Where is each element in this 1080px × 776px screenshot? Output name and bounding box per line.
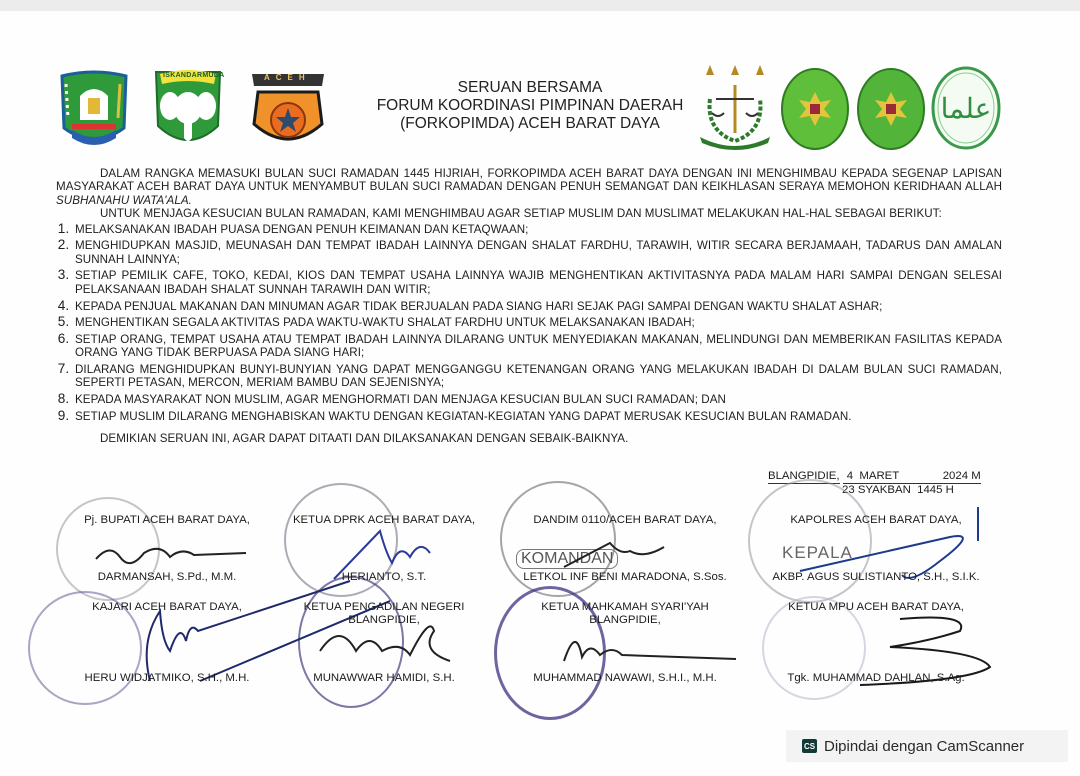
appeal-item: SETIAP MUSLIM DILARANG MENGHABISKAN WAKT… <box>73 409 1002 423</box>
signatory-mpu: KETUA MPU ACEH BARAT DAYA, Tgk. MUHAMMAD… <box>760 601 992 681</box>
appeal-item: MENGHENTIKAN SEGALA AKTIVITAS PADA WAKTU… <box>73 315 1002 329</box>
signatory-dprk: KETUA DPRK ACEH BARAT DAYA, HERIANTO, S.… <box>272 514 496 594</box>
signatory-title: KAPOLRES ACEH BARAT DAYA, <box>760 514 992 527</box>
police-shield-label: ACEH <box>264 73 311 82</box>
signatory-dandim: DANDIM 0110/ACEH BARAT DAYA, LETKOL INF … <box>506 514 744 594</box>
svg-text:ﻋﻠﻤﺎ: ﻋﻠﻤﺎ <box>941 92 992 125</box>
sharia-court-seal-icon <box>855 66 927 152</box>
regency-crest-icon <box>58 68 130 152</box>
signatory-title-line-2: BLANGPIDIE, <box>506 614 744 627</box>
appeal-list: MELAKSANAKAN IBADAH PUASA DENGAN PENUH K… <box>56 222 1002 424</box>
appeal-item: SETIAP PEMILIK CAFE, TOKO, KEDAI, KIOS D… <box>73 268 1002 296</box>
signatory-name: DARMANSAH, S.Pd., M.M. <box>54 571 280 584</box>
signatory-bupati: Pj. BUPATI ACEH BARAT DAYA, DARMANSAH, S… <box>54 514 280 594</box>
camscanner-label: Dipindai dengan CamScanner <box>824 738 1024 755</box>
signatory-title: DANDIM 0110/ACEH BARAT DAYA, <box>506 514 744 527</box>
calligraphy-seal-icon: ﻋﻠﻤﺎ <box>930 64 1002 152</box>
appeal-item: KEPADA PENJUAL MAKANAN DAN MINUMAN AGAR … <box>73 299 1002 313</box>
appeal-item: KEPADA MASYARAKAT NON MUSLIM, AGAR MENGH… <box>73 392 1002 406</box>
signatory-title: KETUA MAHKAMAH SYARI'YAH <box>506 601 744 614</box>
signatory-name: HERU WIDJATMIKO, S.H., M.H. <box>54 672 280 685</box>
appeal-item: MENGHIDUPKAN MASJID, MEUNASAH DAN TEMPAT… <box>73 238 1002 266</box>
signatory-title: KAJARI ACEH BARAT DAYA, <box>54 601 280 614</box>
signatory-name: MUNAWWAR HAMIDI, S.H. <box>272 672 496 685</box>
camscanner-logo-icon: CS <box>802 739 817 753</box>
elephant-crest-icon <box>152 68 224 154</box>
court-seal-icon <box>779 66 851 152</box>
signatory-mahkamah-syariyah: KETUA MAHKAMAH SYARI'YAH BLANGPIDIE, MUH… <box>506 601 744 681</box>
intro-paragraph: DALAM RANGKA MEMASUKI BULAN SUCI RAMADAN… <box>56 167 1002 207</box>
signatory-title: KETUA DPRK ACEH BARAT DAYA, <box>272 514 496 527</box>
title-line-1: SERUAN BERSAMA <box>340 79 720 97</box>
document-body: DALAM RANGKA MEMASUKI BULAN SUCI RAMADAN… <box>56 167 1002 446</box>
signatory-title: Pj. BUPATI ACEH BARAT DAYA, <box>54 514 280 527</box>
appeal-item: DILARANG MENGHIDUPKAN BUNYI-BUNYIAN YANG… <box>73 362 1002 390</box>
signatory-name: MUHAMMAD NAWAWI, S.H.I., M.H. <box>506 672 744 685</box>
closing-paragraph: DEMIKIAN SERUAN INI, AGAR DAPAT DITAATI … <box>56 432 1002 445</box>
signatory-title-line-2: BLANGPIDIE, <box>272 614 496 627</box>
signatory-name: Tgk. MUHAMMAD DAHLAN, S.Ag. <box>760 672 992 685</box>
signatory-name: HERIANTO, S.T. <box>272 571 496 584</box>
lead-paragraph: UNTUK MENJAGA KESUCIAN BULAN RAMADAN, KA… <box>56 207 1002 220</box>
police-shield-icon <box>248 70 328 156</box>
signatory-name: AKBP. AGUS SULISTIANTO, S.H., S.I.K. <box>760 571 992 584</box>
signatory-name: LETKOL INF BENI MARADONA, S.Sos. <box>506 571 744 584</box>
title-line-2: FORUM KOORDINASI PIMPINAN DAERAH <box>340 97 720 115</box>
signatory-kajari: KAJARI ACEH BARAT DAYA, HERU WIDJATMIKO,… <box>54 601 280 681</box>
elephant-crest-label: ISKANDARMUDA <box>163 72 225 79</box>
signatory-title: KETUA PENGADILAN NEGERI <box>272 601 496 614</box>
title-line-3: (FORKOPIMDA) ACEH BARAT DAYA <box>340 115 720 133</box>
appeal-item: MELAKSANAKAN IBADAH PUASA DENGAN PENUH K… <box>73 222 1002 236</box>
intro-italic-phrase: SUBHANAHU WATA'ALA. <box>56 194 192 207</box>
scales-crest-icon <box>696 61 774 153</box>
camscanner-watermark: CS Dipindai dengan CamScanner <box>786 730 1068 762</box>
date-gregorian-day-month: 4 MARET <box>843 470 935 484</box>
signatory-pengadilan-negeri: KETUA PENGADILAN NEGERI BLANGPIDIE, MUNA… <box>272 601 496 681</box>
signatory-kapolres: KAPOLRES ACEH BARAT DAYA, AKBP. AGUS SUL… <box>760 514 992 594</box>
document-title: SERUAN BERSAMA FORUM KOORDINASI PIMPINAN… <box>340 79 720 133</box>
scanned-document-page: ISKANDARMUDA ACEH SERUAN BERSAMA FORUM K… <box>0 11 1080 776</box>
date-gregorian-year: 2024 M <box>935 470 981 484</box>
signatory-title: KETUA MPU ACEH BARAT DAYA, <box>760 601 992 614</box>
appeal-item: SETIAP ORANG, TEMPAT USAHA ATAU TEMPAT I… <box>73 332 1002 360</box>
